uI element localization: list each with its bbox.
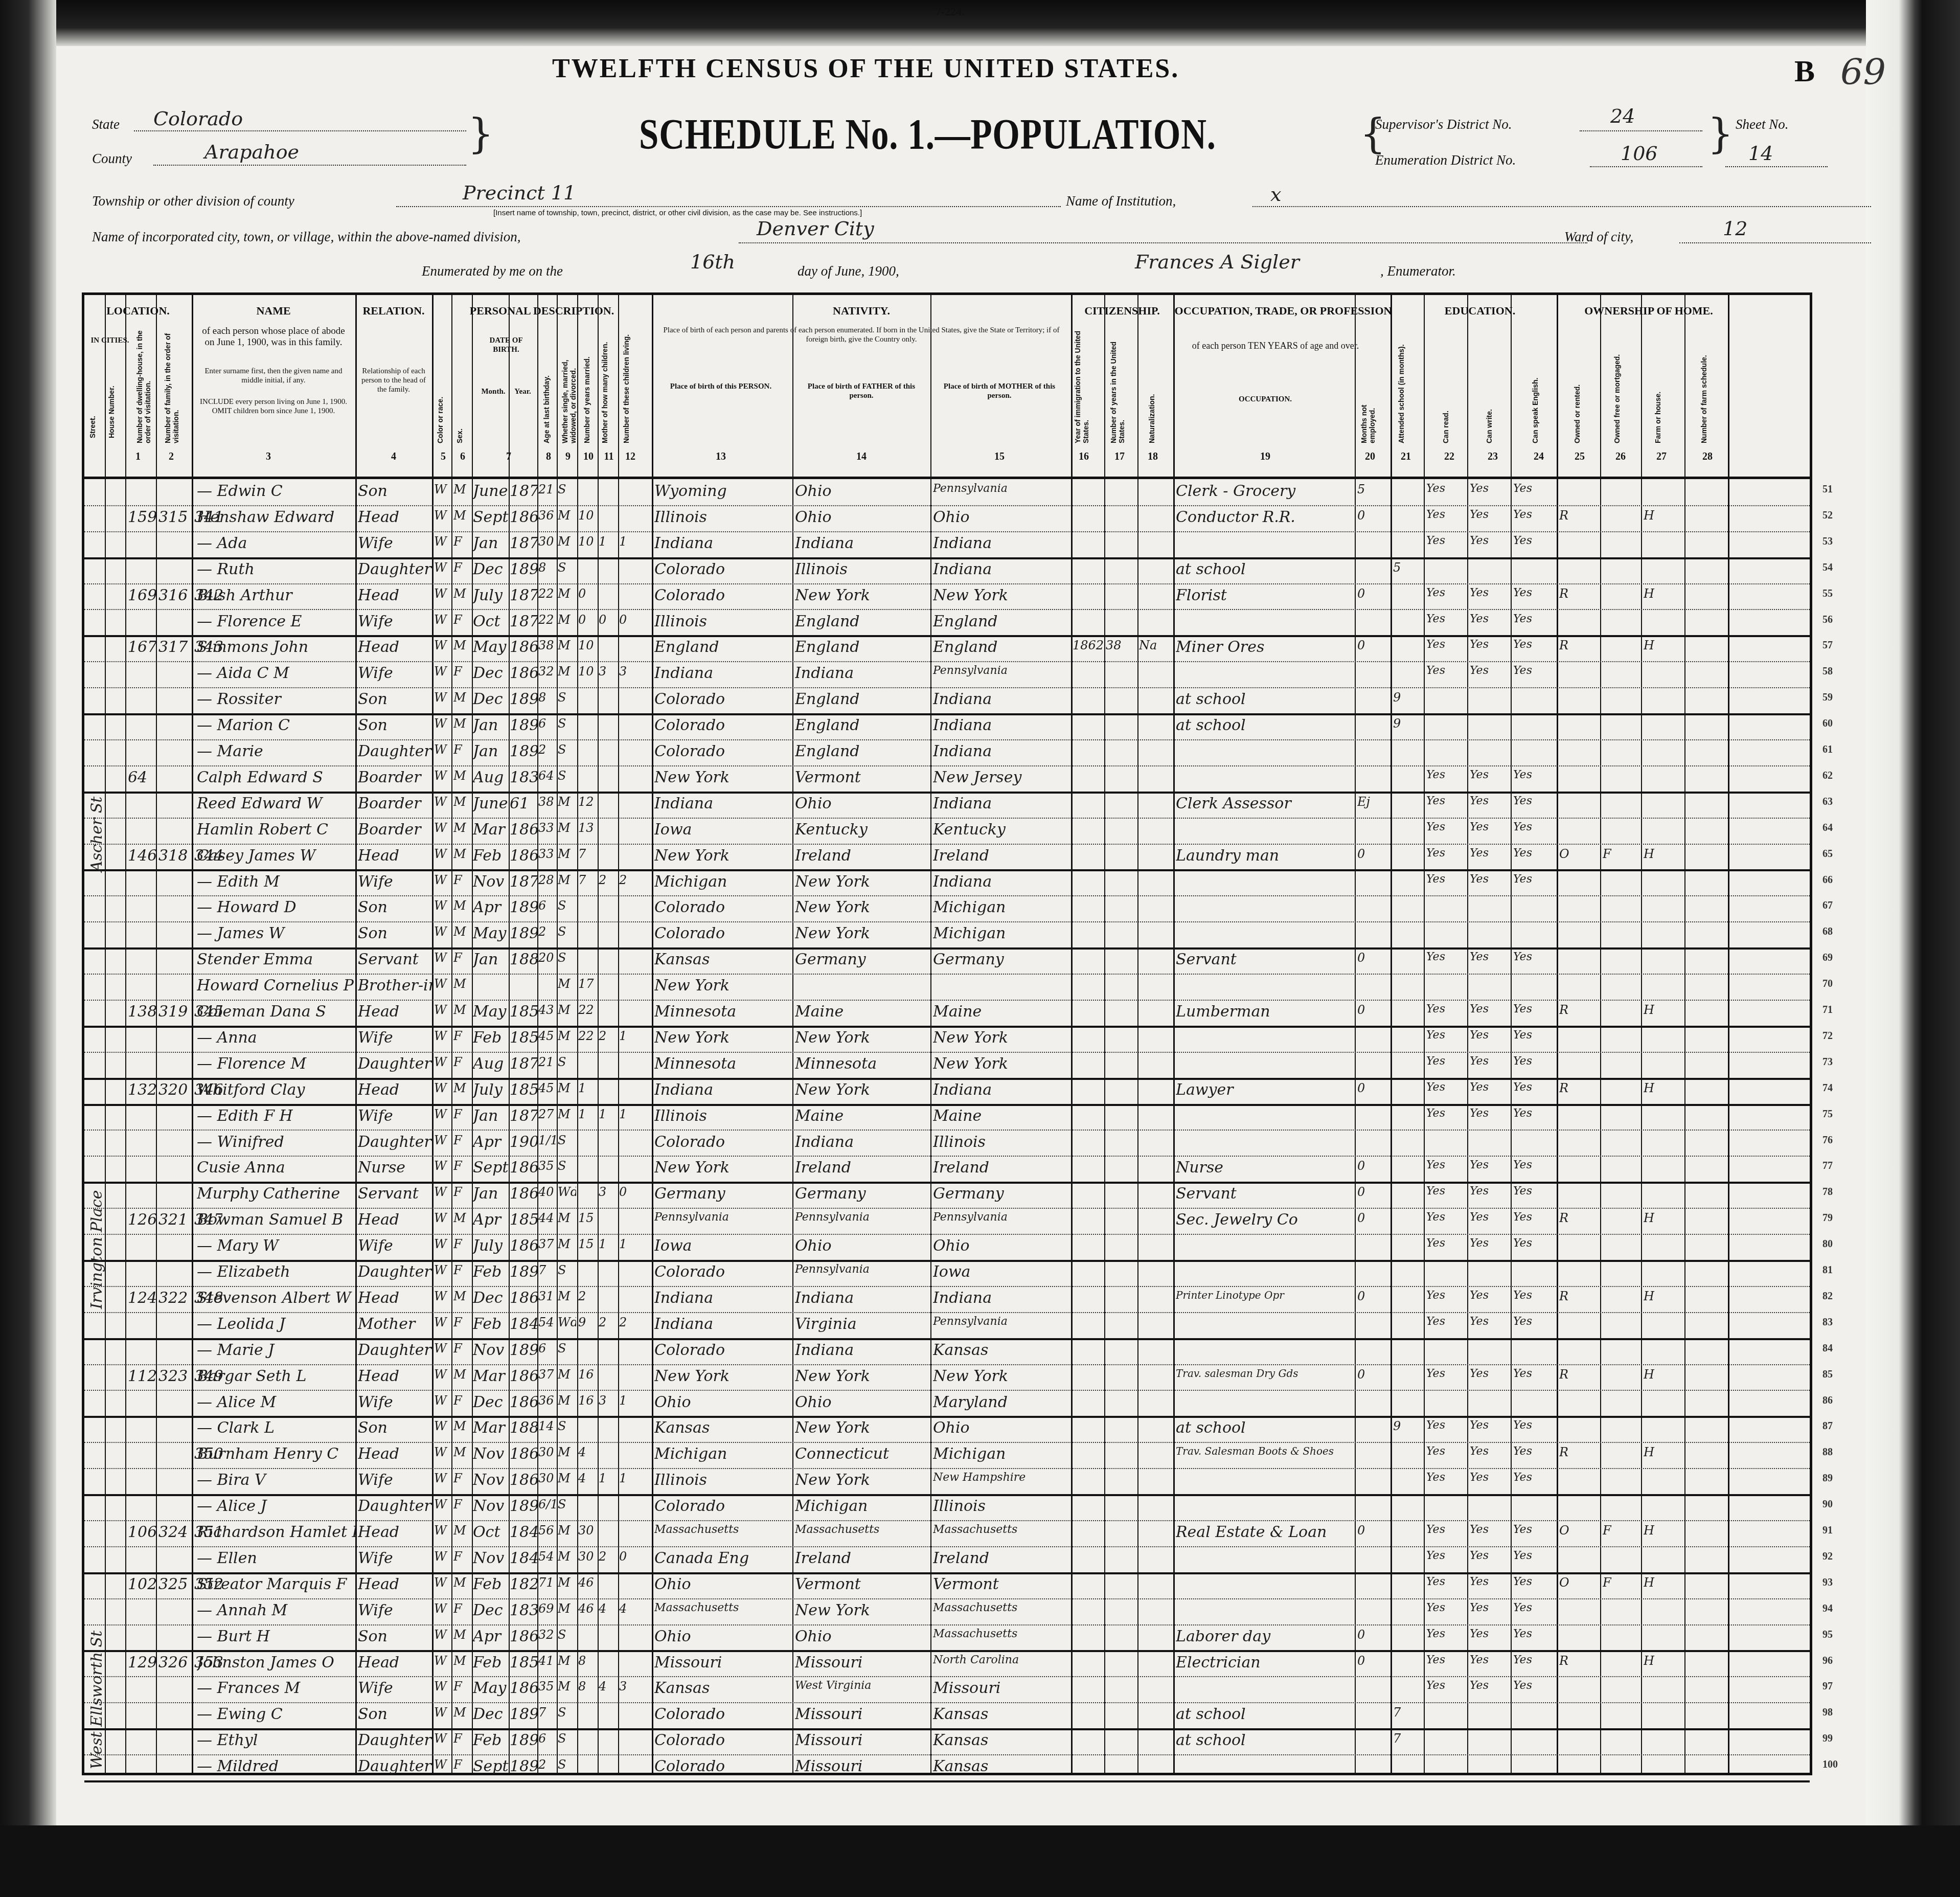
cell-bm: Ireland — [933, 847, 1071, 865]
cell-year: 1845 — [510, 1549, 537, 1567]
cell-color: W — [434, 1523, 450, 1538]
supervisor-district: 24 — [1610, 105, 1635, 127]
cell-month: June — [473, 795, 509, 812]
line-number: 92 — [1822, 1551, 1833, 1563]
cell-name: Bowman Samuel B — [197, 1211, 355, 1229]
cell-month: Oct — [473, 1523, 509, 1541]
cell-relation: Daughter — [358, 1731, 432, 1749]
cell-eng: Yes — [1513, 613, 1555, 625]
cell-bf: Indiana — [795, 534, 930, 552]
cell-age: 6 — [538, 716, 557, 731]
colnum-18: 18 — [1143, 451, 1163, 463]
cell-bf: Maine — [795, 1003, 930, 1021]
cell-read: Yes — [1426, 1003, 1466, 1015]
cell-bf: New York — [795, 1367, 930, 1385]
line-number: 58 — [1822, 666, 1833, 677]
cell-bp: Indiana — [654, 1081, 792, 1099]
brace-left: } — [468, 110, 494, 157]
table-row: — MarieDaughterWFJan18982SColoradoEnglan… — [84, 739, 1810, 766]
state-value: Colorado — [153, 107, 243, 130]
cell-bp: Iowa — [654, 821, 792, 839]
cell-year: 1862 — [510, 638, 537, 656]
cell-year: 1867 — [510, 664, 537, 682]
group-education: EDUCATION. — [1393, 304, 1567, 318]
colnum-26: 26 — [1610, 451, 1631, 463]
cell-bm: Indiana — [933, 690, 1071, 708]
cell-color: W — [434, 924, 450, 939]
cell-mc: 4 — [599, 1679, 617, 1693]
cell-age: 40 — [538, 1185, 557, 1199]
table-row: — Alice JDaughterWFNov18996/12SColoradoM… — [84, 1494, 1810, 1521]
cell-bp: Colorado — [654, 1341, 792, 1359]
line-number: 93 — [1822, 1577, 1833, 1589]
cell-bf: Ireland — [795, 1549, 930, 1567]
birthplace-father-label: Place of birth of FATHER of this person. — [797, 382, 925, 400]
name-instructions: Enter surname first, then the given name… — [199, 367, 348, 385]
cell-year: 1893 — [510, 1263, 537, 1281]
table-row: — Edith F HWifeWFJan187327M111IllinoisMa… — [84, 1104, 1810, 1131]
cell-relation: Son — [358, 1705, 432, 1723]
line-number: 83 — [1822, 1317, 1833, 1328]
cell-month: Jan — [473, 742, 509, 760]
cell-dwelling: 320 — [158, 1081, 189, 1099]
cell-read: Yes — [1426, 586, 1466, 599]
cell-write: Yes — [1470, 482, 1510, 495]
line-number: 90 — [1822, 1499, 1833, 1510]
cell-eng: Yes — [1513, 1471, 1555, 1484]
cell-name: Whitford Clay — [197, 1081, 355, 1099]
cell-sex: F — [453, 1029, 471, 1043]
cell-occ: Real Estate & Loan — [1176, 1523, 1355, 1541]
cell-read: Yes — [1426, 534, 1466, 547]
cell-color: W — [434, 1705, 450, 1720]
cell-name: Henshaw Edward — [197, 508, 355, 526]
cell-marital: S — [558, 690, 576, 705]
cell-age: 8 — [538, 690, 557, 705]
cell-cl: 3 — [619, 664, 637, 679]
cell-bf: New York — [795, 898, 930, 916]
cell-bm: New York — [933, 1029, 1071, 1047]
cell-write: Yes — [1470, 664, 1510, 677]
cell-bm: New York — [933, 586, 1071, 604]
cell-age: 32 — [538, 664, 557, 679]
table-row: Reed Edward WBoarderWMJune6138M12Indiana… — [84, 792, 1810, 819]
cell-unemp: 0 — [1357, 1211, 1388, 1225]
cell-dwelling: 318 — [158, 847, 189, 865]
cell-bp: Canada Eng — [654, 1549, 792, 1567]
cell-unemp: 0 — [1357, 638, 1388, 652]
cell-own: R — [1559, 1003, 1599, 1017]
cell-bp: England — [654, 638, 792, 656]
cell-name: — Winifred — [197, 1133, 355, 1151]
cell-fh: H — [1644, 1081, 1683, 1095]
cell-fh: H — [1644, 1654, 1683, 1668]
cell-sex: M — [453, 1575, 471, 1590]
cell-bf: Ohio — [795, 1628, 930, 1645]
table-row: — Howard DSonWMApr18946SColoradoNew York… — [84, 895, 1810, 922]
cell-unemp: 0 — [1357, 1081, 1388, 1095]
cell-bf: England — [795, 613, 930, 630]
cell-relation: Son — [358, 1419, 432, 1437]
cell-color: W — [434, 1471, 450, 1485]
cell-bm: New York — [933, 1367, 1071, 1385]
cell-bm: Pennsylvania — [933, 1315, 1071, 1328]
cell-name: — Howard D — [197, 898, 355, 916]
cell-color: W — [434, 1315, 450, 1329]
cell-name: — Annah M — [197, 1601, 355, 1619]
cell-bf: New York — [795, 924, 930, 942]
cell-eng: Yes — [1513, 1211, 1555, 1224]
cell-year: 1899 — [510, 1497, 537, 1515]
cell-name: Johnston James O — [197, 1654, 355, 1672]
date-of-birth-label: DATE OF BIRTH. — [478, 336, 534, 354]
cell-bp: Colorado — [654, 1497, 792, 1515]
cell-month: Nov — [473, 1341, 509, 1359]
cell-bm: Illinois — [933, 1497, 1071, 1515]
cell-marital: S — [558, 1055, 576, 1069]
colnum-1: 1 — [128, 451, 148, 463]
cell-age: 41 — [538, 1654, 557, 1668]
table-row: 159315341Henshaw EdwardHeadWMSept186336M… — [84, 505, 1810, 532]
cell-occ: Trav. salesman Dry Gds — [1176, 1367, 1355, 1380]
cell-name: — Edwin C — [197, 482, 355, 500]
cell-name: — Ewing C — [197, 1705, 355, 1723]
cell-ym: 1 — [578, 1107, 597, 1121]
cell-free: F — [1603, 1575, 1639, 1590]
cell-name: Streator Marquis F — [197, 1575, 355, 1593]
cell-read: Yes — [1426, 1055, 1466, 1068]
cell-bf: West Virginia — [795, 1679, 930, 1692]
cell-sex: M — [453, 716, 471, 731]
cell-bm: Pennsylvania — [933, 482, 1071, 495]
cell-year: 1891 — [510, 560, 537, 578]
cell-name: Bargar Seth L — [197, 1367, 355, 1385]
cell-marital: M — [558, 795, 576, 809]
cell-ym: 15 — [578, 1211, 597, 1225]
cell-write: Yes — [1470, 1601, 1510, 1614]
vlabel-can-read: Can read. — [1442, 382, 1450, 443]
cell-write: Yes — [1470, 873, 1510, 886]
cell-name: — Leolida J — [197, 1315, 355, 1333]
cell-unemp: Ej — [1357, 795, 1388, 809]
cell-mc: 2 — [599, 1315, 617, 1329]
cell-bp: Kansas — [654, 1419, 792, 1437]
cell-name: — Ada — [197, 534, 355, 552]
cell-age: 37 — [538, 1367, 557, 1382]
cell-write: Yes — [1470, 1055, 1510, 1068]
cell-ym: 30 — [578, 1549, 597, 1564]
group-occupation: OCCUPATION, TRADE, OR PROFESSION — [1173, 304, 1393, 318]
cell-occ: at school — [1176, 716, 1355, 734]
cell-color: W — [434, 1055, 450, 1069]
cell-color: W — [434, 951, 450, 965]
cell-marital: S — [558, 1757, 576, 1772]
cell-mc: 3 — [599, 1393, 617, 1408]
line-number: 75 — [1822, 1109, 1833, 1120]
table-row: 112323349Bargar Seth LHeadWMMar186337M16… — [84, 1364, 1810, 1391]
cell-bf: Germany — [795, 951, 930, 968]
cell-read: Yes — [1426, 795, 1466, 807]
cell-relation: Son — [358, 898, 432, 916]
cell-bf: New York — [795, 1419, 930, 1437]
cell-month: Feb — [473, 1654, 509, 1672]
vlabel-owned-rented: Owned or rented. — [1573, 346, 1581, 443]
cell-name: — Elizabeth — [197, 1263, 355, 1281]
table-row: Stender EmmaServantWFJan188020SKansasGer… — [84, 947, 1810, 975]
cell-marital: M — [558, 1679, 576, 1693]
cell-bp: Kansas — [654, 951, 792, 968]
cell-sch: 5 — [1393, 560, 1423, 575]
sheet-field-line — [1725, 166, 1828, 167]
cell-eng: Yes — [1513, 1367, 1555, 1380]
cell-bf: Germany — [795, 1185, 930, 1203]
cell-bp: Colorado — [654, 1263, 792, 1281]
colnum-25: 25 — [1569, 451, 1590, 463]
cell-bp: New York — [654, 1029, 792, 1047]
cell-month: Dec — [473, 1601, 509, 1619]
cell-marital: M — [558, 821, 576, 835]
cell-mc: 3 — [599, 1185, 617, 1199]
table-row: — Leolida JMotherWFFeb184654Wd922Indiana… — [84, 1312, 1810, 1340]
cell-relation: Wife — [358, 873, 432, 891]
cell-relation: Wife — [358, 1029, 432, 1047]
cell-age: 35 — [538, 1679, 557, 1693]
cell-bm: England — [933, 613, 1071, 630]
cell-mc: 1 — [599, 534, 617, 549]
cell-fh: H — [1644, 508, 1683, 523]
city-label: Name of incorporated city, town, or vill… — [92, 229, 520, 245]
cell-ym: 7 — [578, 847, 597, 861]
colnum-27: 27 — [1651, 451, 1672, 463]
cell-write: Yes — [1470, 1107, 1510, 1120]
cell-month: Aug — [473, 1055, 509, 1073]
vlabel-sex: Sex. — [455, 408, 464, 443]
cell-mc: 1 — [599, 1471, 617, 1485]
cell-age: 37 — [538, 1237, 557, 1251]
ed-label: Enumeration District No. — [1375, 152, 1516, 168]
scan-border-bottom — [0, 1825, 1960, 1897]
cell-bm: Missouri — [933, 1679, 1071, 1697]
cell-fh: H — [1644, 1367, 1683, 1382]
cell-year: 1886 — [510, 1419, 537, 1437]
cell-month: Nov — [473, 1549, 509, 1567]
cell-sch: 9 — [1393, 716, 1423, 731]
cell-marital: S — [558, 924, 576, 939]
cell-eng: Yes — [1513, 1628, 1555, 1640]
cell-eng: Yes — [1513, 1575, 1555, 1588]
cell-age: 6/12 — [538, 1497, 557, 1511]
table-row: — Mary WWifeWFJuly186237M1511IowaOhioOhi… — [84, 1234, 1810, 1262]
cell-bf: Illinois — [795, 560, 930, 578]
cell-fh: H — [1644, 1445, 1683, 1459]
cell-bm: Ohio — [933, 1237, 1071, 1255]
table-row: 124322348Stevenson Albert WHeadWMDec1868… — [84, 1286, 1810, 1313]
cell-name: — Mary W — [197, 1237, 355, 1255]
table-row: — Edith MWifeWFNov187128M722MichiganNew … — [84, 870, 1810, 897]
cell-mc: 3 — [599, 664, 617, 679]
cell-read: Yes — [1426, 638, 1466, 651]
cell-color: W — [434, 1628, 450, 1642]
cell-sex: F — [453, 1107, 471, 1121]
table-row: — Clark LSonWMMar188614SKansasNew YorkOh… — [84, 1416, 1810, 1443]
cell-bf: Maine — [795, 1107, 930, 1125]
cell-bf: New York — [795, 1601, 930, 1619]
colnum-17: 17 — [1109, 451, 1130, 463]
cell-bf: New York — [795, 1029, 930, 1047]
cell-marital: M — [558, 1393, 576, 1408]
line-number: 69 — [1822, 952, 1833, 964]
ward-value: 12 — [1723, 217, 1747, 240]
cell-marital: M — [558, 664, 576, 679]
cell-bf: Massachusetts — [795, 1523, 930, 1536]
table-row: — Alice MWifeWFDec186336M1631OhioOhioMar… — [84, 1390, 1810, 1418]
cell-bf: New York — [795, 1471, 930, 1489]
cell-color: W — [434, 1549, 450, 1564]
cell-unemp: 0 — [1357, 1654, 1388, 1668]
colnum-4: 4 — [383, 451, 404, 463]
cell-bm: Kansas — [933, 1757, 1071, 1775]
cell-ym: 17 — [578, 977, 597, 991]
cell-ym: 10 — [578, 664, 597, 679]
cell-cl: 1 — [619, 1471, 637, 1485]
cell-year: 1878 — [510, 1055, 537, 1073]
cell-bp: Ohio — [654, 1628, 792, 1645]
cell-ym: 16 — [578, 1367, 597, 1382]
cell-fh: H — [1644, 1523, 1683, 1538]
cell-sex: M — [453, 1211, 471, 1225]
cell-eng: Yes — [1513, 482, 1555, 495]
cell-bp: Illinois — [654, 508, 792, 526]
cell-bf: England — [795, 638, 930, 656]
cell-bm: Ireland — [933, 1549, 1071, 1567]
cell-year: 1900 — [510, 1133, 537, 1151]
cell-color: W — [434, 898, 450, 913]
cell-marital: S — [558, 1159, 576, 1173]
cell-bm: Pennsylvania — [933, 1211, 1071, 1224]
cell-bp: Colorado — [654, 1133, 792, 1151]
cell-marital: M — [558, 1289, 576, 1303]
table-row: — Edwin CSonWMJune187821SWyomingOhioPenn… — [84, 479, 1810, 506]
cell-color: W — [434, 977, 450, 991]
cell-bm: Indiana — [933, 534, 1071, 552]
cell-year: 1871 — [510, 873, 537, 891]
colnum-10: 10 — [578, 451, 599, 463]
cell-relation: Wife — [358, 1679, 432, 1697]
line-number: 53 — [1822, 536, 1833, 548]
cell-age: 27 — [538, 1107, 557, 1121]
cell-read: Yes — [1426, 1654, 1466, 1666]
cell-write: Yes — [1470, 1237, 1510, 1250]
cell-sex: M — [453, 821, 471, 835]
table-row: — Annah MWifeWFDec183069M4644Massachuset… — [84, 1598, 1810, 1625]
cell-bf: Ohio — [795, 1393, 930, 1411]
cell-year: 1891 — [510, 690, 537, 708]
cell-bm: Michigan — [933, 1445, 1071, 1463]
line-number: 71 — [1822, 1004, 1833, 1016]
cell-bp: Wyoming — [654, 482, 792, 500]
cell-relation: Head — [358, 1445, 432, 1463]
table-row: 167317343Simmons JohnHeadWMMay186238M10E… — [84, 635, 1810, 662]
cell-year: 1894 — [510, 716, 537, 734]
cell-sex: F — [453, 1549, 471, 1564]
cell-read: Yes — [1426, 1029, 1466, 1042]
township-value: Precinct 11 — [463, 182, 576, 204]
cell-year: 1857 — [510, 1003, 537, 1021]
cell-bf: Minnesota — [795, 1055, 930, 1073]
cell-month: Feb — [473, 1029, 509, 1047]
line-number: 67 — [1822, 900, 1833, 912]
line-number: 59 — [1822, 692, 1833, 704]
cell-marital: M — [558, 1237, 576, 1251]
group-nativity: NATIVITY. — [652, 304, 1071, 318]
cell-write: Yes — [1470, 1575, 1510, 1588]
cell-cl: 2 — [619, 1315, 637, 1329]
cell-write: Yes — [1470, 1185, 1510, 1198]
table-row: — EllenWifeWFNov184554M3020Canada EngIre… — [84, 1546, 1810, 1574]
cell-eng: Yes — [1513, 769, 1555, 781]
cell-month: Dec — [473, 690, 509, 708]
cell-mc: 1 — [599, 1237, 617, 1251]
cell-bm: Pennsylvania — [933, 664, 1071, 677]
cell-bp: Massachusetts — [654, 1601, 792, 1614]
cell-house: 106 — [128, 1523, 156, 1541]
cell-ym: 7 — [578, 873, 597, 887]
enumerator-name: Frances A Sigler — [1135, 251, 1300, 273]
township-field-line — [396, 206, 1061, 207]
cell-name: — Florence M — [197, 1055, 355, 1073]
vlabel-farm-schedule: Number of farm schedule. — [1700, 326, 1708, 443]
cell-sex: F — [453, 1679, 471, 1693]
cell-marital: M — [558, 1003, 576, 1017]
cell-relation: Mother — [358, 1315, 432, 1333]
cell-bp: Colorado — [654, 716, 792, 734]
cell-bm: Indiana — [933, 742, 1071, 760]
cell-relation: Daughter — [358, 560, 432, 578]
ward-field-line — [1679, 242, 1871, 243]
cell-house: 64 — [128, 769, 156, 786]
cell-read: Yes — [1426, 1549, 1466, 1562]
cell-relation: Wife — [358, 613, 432, 630]
cell-marital: S — [558, 482, 576, 496]
cell-dwelling: 319 — [158, 1003, 189, 1021]
cell-mc: 4 — [599, 1601, 617, 1616]
cell-age: 20 — [538, 951, 557, 965]
cell-ym: 4 — [578, 1445, 597, 1459]
cell-read: Yes — [1426, 1628, 1466, 1640]
line-number: 74 — [1822, 1082, 1833, 1094]
cell-bp: New York — [654, 1159, 792, 1177]
table-row: — MildredDaughterWFSept18972SColoradoMis… — [84, 1754, 1810, 1782]
cell-marital: M — [558, 1471, 576, 1485]
cell-marital: Wd — [558, 1185, 576, 1199]
cell-occ: at school — [1176, 1731, 1355, 1749]
cell-name: — James W — [197, 924, 355, 942]
cell-year: 1893 — [510, 1341, 537, 1359]
cell-bm: Indiana — [933, 795, 1071, 812]
vlabel-can-speak-english: Can speak English. — [1531, 346, 1539, 443]
cell-fh: H — [1644, 1211, 1683, 1225]
cell-bf: England — [795, 742, 930, 760]
cell-bf: Ohio — [795, 482, 930, 500]
cell-unemp: 0 — [1357, 1523, 1388, 1538]
cell-ym: 16 — [578, 1393, 597, 1408]
cell-read: Yes — [1426, 951, 1466, 963]
cell-read: Yes — [1426, 1081, 1466, 1094]
line-number: 70 — [1822, 978, 1833, 990]
cell-month: Dec — [473, 560, 509, 578]
cell-unemp: 0 — [1357, 847, 1388, 861]
enumerated-day: 16th — [690, 251, 735, 273]
